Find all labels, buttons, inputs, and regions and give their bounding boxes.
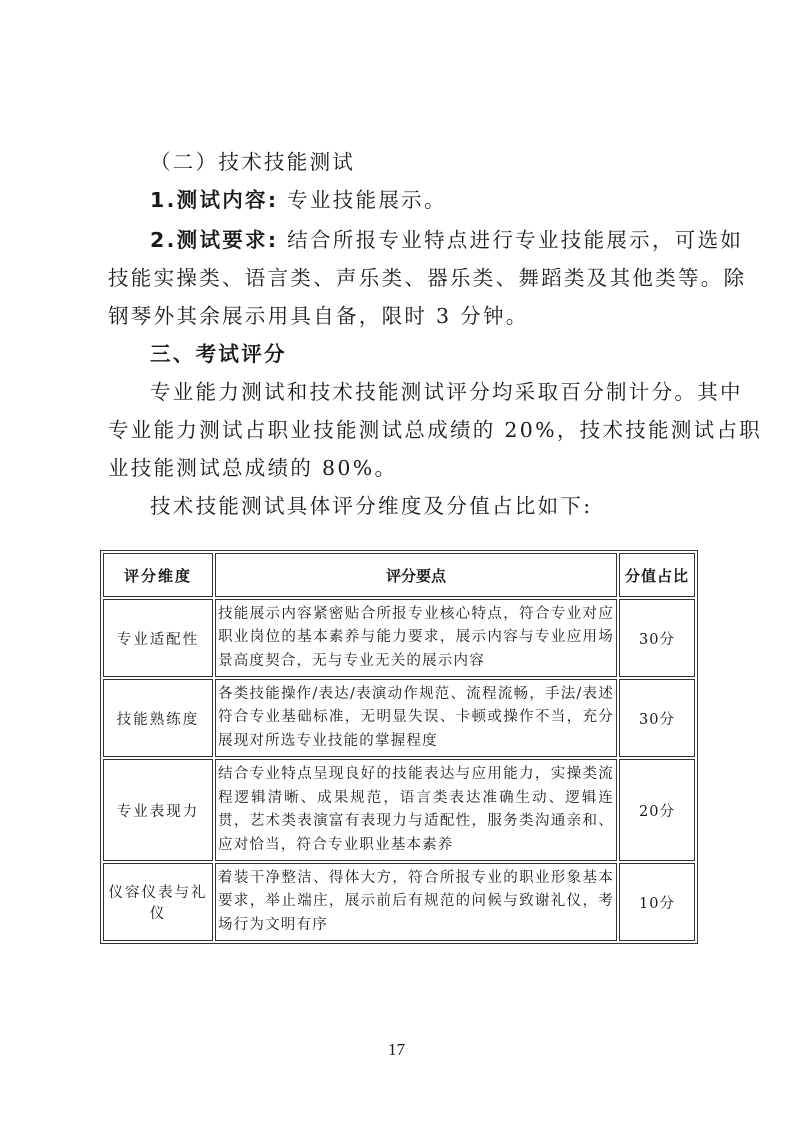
row-score: 10分 — [619, 863, 695, 941]
row-dimension: 技能熟练度 — [103, 679, 213, 757]
row-points: 结合专业特点呈现良好的技能表达与应用能力，实操类流程逻辑清晰、成果规范，语言类表… — [215, 759, 617, 861]
scoring-table: 评分维度 评分要点 分值占比 专业适配性 技能展示内容紧密贴合所报专业核心特点，… — [100, 550, 698, 944]
header-points: 评分要点 — [215, 553, 617, 597]
page-number: 17 — [0, 1040, 793, 1060]
test-content-text: 专业技能展示。 — [278, 188, 446, 212]
test-content-line: 1.测试内容: 专业技能展示。 — [150, 188, 740, 212]
scoring-para-line-2: 专业能力测试占职业技能测试总成绩的 20%，技术技能测试占职 — [108, 418, 698, 442]
scoring-heading: 三、考试评分 — [150, 342, 740, 366]
row-dimension: 专业适配性 — [103, 599, 213, 677]
row-score: 20分 — [619, 759, 695, 861]
table-row: 仪容仪表与礼仪 着装干净整洁、得体大方，符合所报专业的职业形象基本要求，举止端庄… — [103, 863, 695, 941]
test-requirement-line-3: 钢琴外其余展示用具自备，限时 3 分钟。 — [108, 304, 698, 328]
row-score: 30分 — [619, 679, 695, 757]
table-row: 专业表现力 结合专业特点呈现良好的技能表达与应用能力，实操类流程逻辑清晰、成果规… — [103, 759, 695, 861]
scoring-para-line-1: 专业能力测试和技术技能测试评分均采取百分制计分。其中 — [150, 380, 740, 404]
test-content-label: 1.测试内容: — [150, 188, 278, 212]
test-requirement-text-1: 结合所报专业特点进行专业技能展示，可选如 — [278, 228, 743, 252]
scoring-para-line-3: 业技能测试总成绩的 80%。 — [108, 456, 698, 480]
table-row: 技能熟练度 各类技能操作/表达/表演动作规范、流程流畅，手法/表述符合专业基础标… — [103, 679, 695, 757]
row-points: 技能展示内容紧密贴合所报专业核心特点，符合专业对应职业岗位的基本素养与能力要求，… — [215, 599, 617, 677]
row-points: 着装干净整洁、得体大方，符合所报专业的职业形象基本要求，举止端庄，展示前后有规范… — [215, 863, 617, 941]
header-score: 分值占比 — [619, 553, 695, 597]
test-requirement-line-1: 2.测试要求: 结合所报专业特点进行专业技能展示，可选如 — [150, 228, 740, 252]
row-dimension: 专业表现力 — [103, 759, 213, 861]
document-page: （二）技术技能测试 1.测试内容: 专业技能展示。 2.测试要求: 结合所报专业… — [0, 0, 793, 1122]
table-intro: 技术技能测试具体评分维度及分值占比如下: — [150, 494, 740, 518]
row-points: 各类技能操作/表达/表演动作规范、流程流畅，手法/表述符合专业基础标准，无明显失… — [215, 679, 617, 757]
table-header-row: 评分维度 评分要点 分值占比 — [103, 553, 695, 597]
table-row: 专业适配性 技能展示内容紧密贴合所报专业核心特点，符合专业对应职业岗位的基本素养… — [103, 599, 695, 677]
section-heading: （二）技术技能测试 — [150, 150, 740, 174]
test-requirement-label: 2.测试要求: — [150, 228, 278, 252]
test-requirement-line-2: 技能实操类、语言类、声乐类、器乐类、舞蹈类及其他类等。除 — [108, 266, 698, 290]
header-dimension: 评分维度 — [103, 553, 213, 597]
row-dimension: 仪容仪表与礼仪 — [103, 863, 213, 941]
row-score: 30分 — [619, 599, 695, 677]
